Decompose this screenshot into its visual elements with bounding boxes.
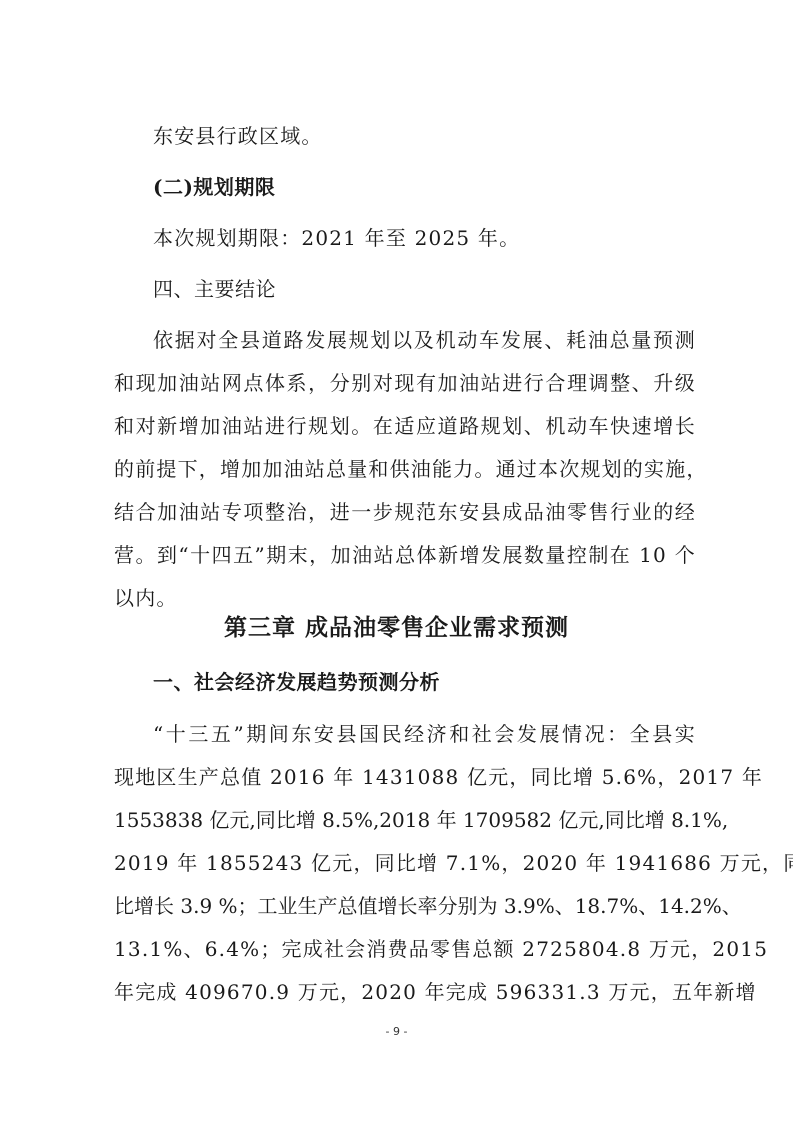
paragraph-line: 依据对全县道路发展规划以及机动车发展、耗油总量预测: [153, 326, 696, 354]
paragraph-line: 年完成 409670.9 万元，2020 年完成 596331.3 万元，五年新…: [114, 978, 696, 1006]
paragraph-line: 1553838 亿元,同比增 8.5%,2018 年 1709582 亿元,同比…: [114, 806, 696, 834]
document-page: 东安县行政区域。 (二)规划期限 本次规划期限：2021 年至 2025 年。 …: [0, 0, 793, 1122]
paragraph-line: 和对新增加油站进行规划。在适应道路规划、机动车快速增长: [114, 412, 696, 440]
section-heading-main-conclusions: 四、主要结论: [153, 275, 693, 303]
paragraph-line: 13.1%、6.4%；完成社会消费品零售总额 2725804.8 万元，2015: [114, 935, 696, 963]
paragraph-line: “十三五”期间东安县国民经济和社会发展情况：全县实: [153, 720, 696, 748]
paragraph-line: 比增长 3.9 %；工业生产总值增长率分别为 3.9%、18.7%、14.2%、: [114, 892, 696, 920]
paragraph-line: 现地区生产总值 2016 年 1431088 亿元，同比增 5.6%，2017 …: [114, 763, 696, 791]
paragraph-line: 结合加油站专项整治，进一步规范东安县成品油零售行业的经: [114, 498, 696, 526]
paragraph-line: 和现加油站网点体系，分别对现有加油站进行合理调整、升级: [114, 369, 696, 397]
opening-line: 东安县行政区域。: [153, 122, 693, 150]
paragraph-line: 的前提下，增加加油站总量和供油能力。通过本次规划的实施，: [114, 455, 696, 483]
paragraph-line: 营。到“十四五”期末，加油站总体新增发展数量控制在 10 个: [114, 541, 696, 569]
subsection-heading-planning-period: (二)规划期限: [153, 173, 693, 201]
paragraph-line: 2019 年 1855243 亿元，同比增 7.1%，2020 年 194168…: [114, 849, 696, 877]
section-heading-socioeconomic-forecast: 一、社会经济发展趋势预测分析: [153, 668, 693, 696]
chapter-title: 第三章 成品油零售企业需求预测: [0, 612, 793, 644]
page-number: - 9 -: [0, 1024, 793, 1040]
planning-period-text: 本次规划期限：2021 年至 2025 年。: [153, 224, 693, 252]
paragraph-line: 以内。: [114, 584, 696, 612]
